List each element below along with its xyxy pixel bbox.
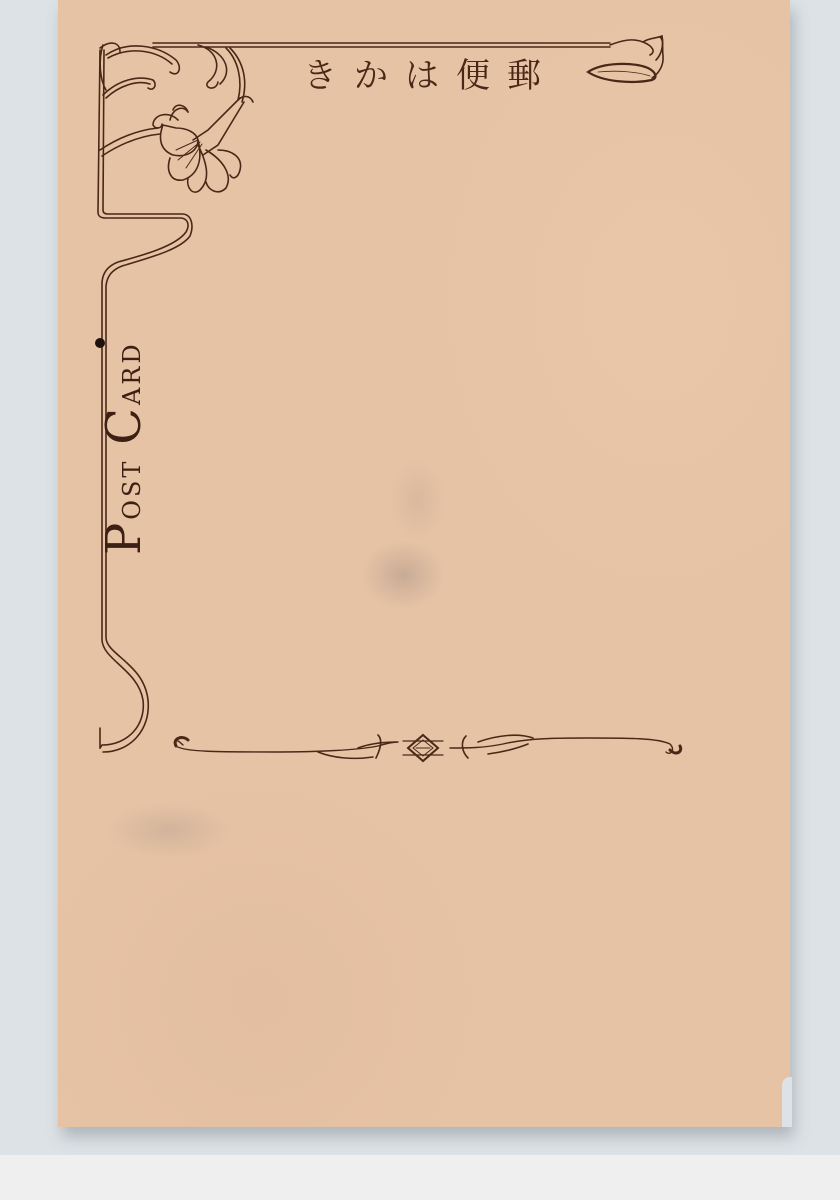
jp-char-2: か bbox=[354, 48, 390, 97]
post-card-label: Post Card bbox=[96, 341, 152, 555]
japanese-title: き か は 便 郵 bbox=[303, 48, 543, 97]
card-initial: C bbox=[96, 405, 152, 445]
divider-flourish-icon bbox=[175, 735, 681, 761]
card-rest: ard bbox=[109, 341, 149, 405]
ornament-layer bbox=[58, 0, 790, 1127]
post-initial: P bbox=[96, 520, 152, 555]
postcard: き か は 便 郵 Post Card bbox=[58, 0, 790, 1127]
jp-char-5: 郵 bbox=[507, 48, 543, 97]
top-border-line bbox=[153, 43, 610, 47]
jp-char-1: き bbox=[303, 48, 339, 97]
jp-char-4: 便 bbox=[456, 48, 492, 97]
lily-corner-icon bbox=[100, 43, 253, 192]
jp-char-3: は bbox=[405, 48, 441, 97]
post-rest: ost bbox=[109, 459, 149, 520]
bottom-band bbox=[0, 1155, 840, 1200]
